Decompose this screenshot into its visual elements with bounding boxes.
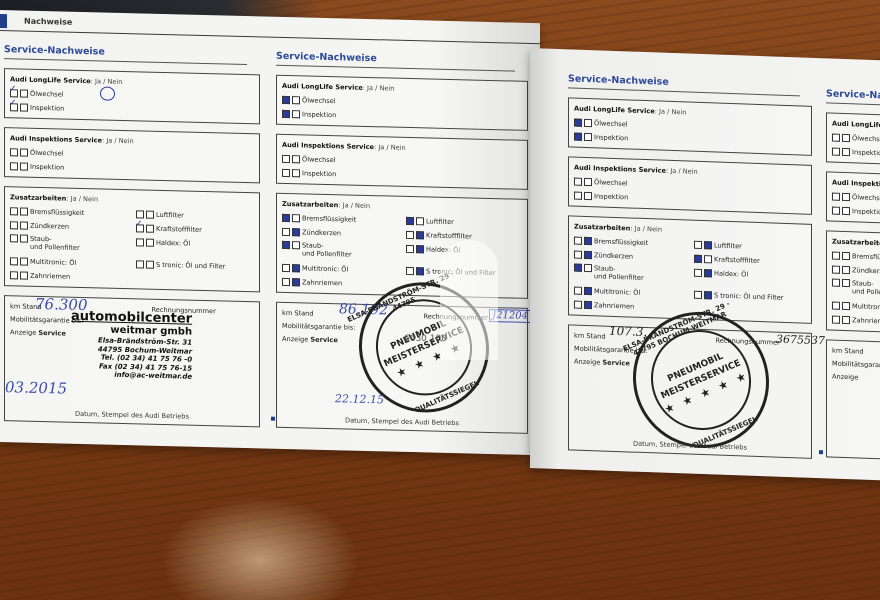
handwritten-invoice: 3675537 [776, 333, 825, 348]
checkbox[interactable] [704, 241, 712, 249]
checkbox[interactable] [406, 267, 414, 275]
watermark-logo [440, 240, 498, 360]
checkbox[interactable] [292, 228, 300, 236]
checkbox[interactable] [20, 207, 28, 215]
checkbox-oelwechsel-yes[interactable] [282, 96, 290, 104]
checkbox[interactable] [282, 169, 290, 177]
zusatz-title: Zusatzarbeiten: Ja / Nein [10, 193, 98, 203]
checkbox[interactable] [406, 231, 414, 239]
checkbox[interactable] [292, 110, 300, 118]
checkbox[interactable] [832, 193, 840, 201]
checkbox[interactable] [574, 192, 582, 200]
section-title: Service-Nachweise [826, 88, 880, 107]
checkbox[interactable] [842, 207, 850, 215]
checkbox[interactable] [832, 252, 840, 260]
checkbox[interactable] [292, 155, 300, 163]
checkbox[interactable] [584, 287, 592, 295]
page-marker [819, 450, 823, 454]
section-title: Service-Nachweise [276, 51, 515, 72]
checkbox[interactable] [584, 178, 592, 186]
checkbox[interactable] [704, 291, 712, 299]
longlife-service-box: Audi LongLife Service: Ja / Nein Ölwechs… [276, 75, 528, 131]
service-stamp-box: km StandRechnungsnummer Mobilitätsgarant… [4, 295, 260, 427]
checkbox[interactable] [292, 264, 300, 272]
checkbox[interactable] [20, 257, 28, 265]
checkbox[interactable] [842, 279, 850, 287]
zusatzarbeiten-box: Zusatzarbeiten: Ja / Nein Bremsflüssigke… [568, 215, 812, 324]
checkbox[interactable] [146, 225, 154, 233]
checkbox[interactable] [704, 255, 712, 263]
checkbox[interactable] [842, 316, 850, 324]
checkbox[interactable] [832, 316, 840, 324]
checkbox-oelwechsel-yes[interactable] [574, 119, 582, 127]
checkbox[interactable] [574, 264, 582, 272]
checkbox[interactable] [20, 221, 28, 229]
checkbox[interactable] [832, 302, 840, 310]
inspektions-service-box: Audi Inspektions Service: Ja / Nein Ölwe… [568, 156, 812, 215]
checkbox[interactable] [574, 251, 582, 259]
handwritten-date: 22.12.15 [335, 392, 384, 406]
ja-circled-mark [100, 86, 115, 100]
inspektions-service-box: Audi Inspektions Service Ölwechsel Inspe… [826, 171, 880, 225]
checkbox[interactable] [832, 134, 840, 142]
checkbox[interactable] [704, 269, 712, 277]
checkbox[interactable] [10, 148, 18, 156]
service-record-1: Service-Nachweise Audi LongLife Service:… [4, 44, 260, 427]
checkbox[interactable] [406, 217, 414, 225]
checkbox[interactable] [842, 266, 850, 274]
checkbox[interactable] [20, 162, 28, 170]
checkbox[interactable] [10, 271, 18, 279]
checkbox[interactable] [406, 245, 414, 253]
checkbox[interactable] [416, 245, 424, 253]
inspektions-title: Audi Inspektions Service: Ja / Nein [10, 134, 134, 145]
checkbox[interactable] [584, 133, 592, 141]
checkbox[interactable] [694, 291, 702, 299]
checkbox[interactable] [10, 234, 18, 242]
checkbox[interactable] [842, 252, 850, 260]
checkbox[interactable] [292, 169, 300, 177]
checkbox[interactable] [20, 271, 28, 279]
checkbox-inspektion-yes[interactable] [574, 133, 582, 141]
page-marker [271, 417, 275, 421]
checkbox[interactable] [584, 301, 592, 309]
checkbox[interactable] [694, 241, 702, 249]
zusatzarbeiten-box: Zusatzarbeiten Bremsflüssigkeit Zündkerz… [826, 230, 880, 334]
checkbox[interactable] [694, 269, 702, 277]
longlife-service-box: Audi LongLife Service: Ja / Nein Ölwechs… [4, 68, 260, 124]
checkbox[interactable] [574, 178, 582, 186]
checkbox[interactable] [584, 119, 592, 127]
checkbox[interactable] [282, 264, 290, 272]
longlife-service-box: Audi LongLife Service: Ja / Nein Ölwechs… [568, 97, 812, 156]
section-tab-marker [0, 14, 7, 28]
checkbox[interactable] [282, 155, 290, 163]
inspektions-service-box: Audi Inspektions Service: Ja / Nein Ölwe… [276, 134, 528, 190]
checkbox[interactable] [842, 193, 850, 201]
checkbox[interactable] [832, 266, 840, 274]
checkbox[interactable] [136, 238, 144, 246]
checkbox-oelwechsel-yes[interactable] [10, 89, 18, 97]
service-record-2: Service-Nachweise Audi LongLife Service:… [276, 51, 528, 434]
checkbox[interactable] [136, 260, 144, 268]
checkbox[interactable] [574, 237, 582, 245]
handwritten-date: 03.2015 [5, 378, 67, 398]
longlife-title: Audi LongLife Service: Ja / Nein [10, 75, 122, 86]
watermark-text: 6630 100 [404, 334, 447, 344]
zusatzarbeiten-box: Zusatzarbeiten: Ja / Nein Bremsflüssigke… [4, 186, 260, 292]
checkbox[interactable] [292, 241, 300, 249]
service-record-4-partial: Service-Nachweise Audi LongLife Service … [826, 88, 880, 461]
checkbox[interactable] [146, 211, 154, 219]
checkbox[interactable] [584, 237, 592, 245]
service-stamp-box: km StandRechnungsnummer Mobilitätsgarant… [568, 324, 812, 459]
checkbox[interactable] [282, 278, 290, 286]
checkbox[interactable] [282, 214, 290, 222]
checkbox-kraftstofffilter-yes[interactable] [136, 224, 144, 232]
checkbox[interactable] [10, 221, 18, 229]
checkbox[interactable] [574, 301, 582, 309]
checkbox[interactable] [20, 234, 28, 242]
checkbox[interactable] [146, 239, 154, 247]
checkbox[interactable] [282, 241, 290, 249]
service-record-3: Service-Nachweise Audi LongLife Service:… [568, 73, 812, 459]
checkbox-oelwechsel-no[interactable] [20, 89, 28, 97]
checkbox[interactable] [10, 257, 18, 265]
checkbox[interactable] [416, 267, 424, 275]
booklet-right-page: Service-Nachweise Audi LongLife Service:… [530, 48, 880, 481]
checkbox[interactable] [20, 148, 28, 156]
section-header: Nachweise [24, 17, 72, 27]
checkbox-inspektion-yes[interactable] [282, 110, 290, 118]
checkbox[interactable] [584, 192, 592, 200]
checkbox[interactable] [842, 134, 850, 142]
checkbox[interactable] [10, 207, 18, 215]
checkbox[interactable] [574, 287, 582, 295]
checkbox[interactable] [282, 228, 290, 236]
checkbox[interactable] [292, 214, 300, 222]
booklet-left-page: Nachweise Service-Nachweise Audi LongLif… [0, 10, 540, 455]
checkbox[interactable] [292, 96, 300, 104]
checkbox-inspektion-yes[interactable] [10, 103, 18, 111]
checkbox[interactable] [842, 148, 850, 156]
checkbox[interactable] [136, 210, 144, 218]
checkbox[interactable] [292, 278, 300, 286]
checkbox[interactable] [842, 302, 850, 310]
checkbox[interactable] [416, 231, 424, 239]
longlife-service-box: Audi LongLife Service Ölwechsel Inspekti… [826, 112, 880, 166]
checkbox[interactable] [584, 264, 592, 272]
dealer-stamp: automobilcenter weitmar gmbh Elsa-Bränds… [71, 310, 192, 381]
service-stamp-box: km Stand Mobilitätsgarantie bis: Anzeige [826, 339, 880, 461]
checkbox[interactable] [416, 217, 424, 225]
checkbox[interactable] [832, 148, 840, 156]
section-title: Service-Nachweise [4, 44, 247, 65]
inspektions-service-box: Audi Inspektions Service: Ja / Nein Ölwe… [4, 127, 260, 183]
checkbox-inspektion-no[interactable] [20, 103, 28, 111]
checkbox[interactable] [694, 255, 702, 263]
checkbox[interactable] [832, 207, 840, 215]
checkbox[interactable] [832, 279, 840, 287]
section-title: Service-Nachweise [568, 73, 800, 96]
checkbox[interactable] [146, 261, 154, 269]
checkbox[interactable] [584, 251, 592, 259]
checkbox[interactable] [10, 162, 18, 170]
